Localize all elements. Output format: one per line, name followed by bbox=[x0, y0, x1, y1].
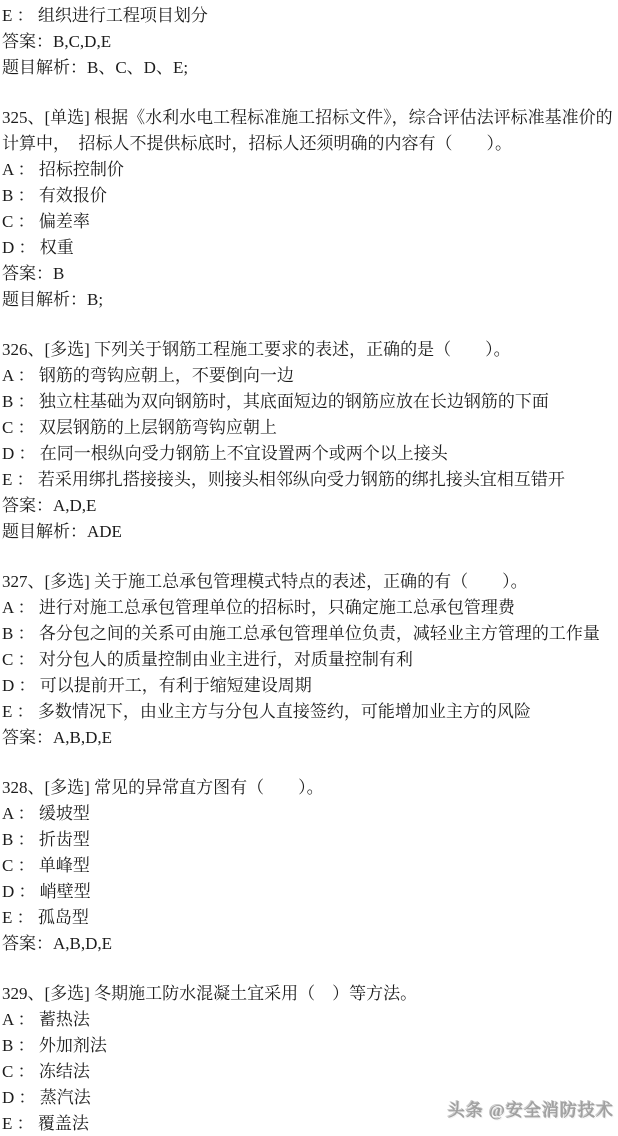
option-row: A ： 蓄热法 bbox=[2, 1007, 616, 1033]
option-separator: ： bbox=[13, 856, 39, 875]
option-separator: ： bbox=[12, 908, 38, 927]
option-separator: ： bbox=[14, 676, 40, 695]
question-stem: 327、[多选] 关于施工总承包管理模式特点的表述，正确的有（ ）。 bbox=[2, 569, 616, 595]
option-row: D ： 可以提前开工，有利于缩短建设周期 bbox=[2, 673, 616, 699]
option-row: C ： 双层钢筋的上层钢筋弯钩应朝上 bbox=[2, 415, 616, 441]
question-type-tag: [多选] bbox=[45, 984, 90, 1003]
option-text: 冻结法 bbox=[39, 1062, 90, 1081]
question-block-327: 327、[多选] 关于施工总承包管理模式特点的表述，正确的有（ ）。 A ： 进… bbox=[2, 569, 616, 751]
option-text: 折齿型 bbox=[39, 830, 90, 849]
option-separator: ： bbox=[13, 1062, 39, 1081]
question-type-tag: [多选] bbox=[45, 340, 90, 359]
option-separator: ： bbox=[13, 1036, 39, 1055]
option-separator: ： bbox=[12, 470, 38, 489]
option-text: 单峰型 bbox=[39, 856, 90, 875]
option-separator: ： bbox=[13, 160, 39, 179]
option-row: B ： 各分包之间的关系可由施工总承包管理单位负责，减轻业主方管理的工作量 bbox=[2, 621, 616, 647]
analysis-label: 题目解析： bbox=[2, 522, 87, 541]
answer-row: 答案：A,D,E bbox=[2, 493, 616, 519]
option-letter: D bbox=[2, 882, 14, 901]
option-letter: D bbox=[2, 676, 14, 695]
option-text: 在同一根纵向受力钢筋上不宜设置两个或两个以上接头 bbox=[40, 444, 448, 463]
answer-value: A,B,D,E bbox=[53, 934, 112, 953]
answer-row: 答案：A,B,D,E bbox=[2, 725, 616, 751]
option-separator: ： bbox=[14, 1088, 40, 1107]
analysis-row: 题目解析：B、C、D、E; bbox=[2, 55, 616, 81]
answer-row: 答案：B,C,D,E bbox=[2, 29, 616, 55]
question-block-326: 326、[多选] 下列关于钢筋工程施工要求的表述，正确的是（ ）。 A ： 钢筋… bbox=[2, 337, 616, 545]
option-letter: C bbox=[2, 650, 13, 669]
option-row: C ： 偏差率 bbox=[2, 209, 616, 235]
option-separator: ： bbox=[12, 6, 38, 25]
option-letter: C bbox=[2, 212, 13, 231]
question-number: 326、 bbox=[2, 340, 45, 359]
option-separator: ： bbox=[12, 1114, 38, 1133]
option-text: 若采用绑扎搭接接头，则接头相邻纵向受力钢筋的绑扎接头宜相互错开 bbox=[38, 470, 565, 489]
option-row: D ： 权重 bbox=[2, 235, 616, 261]
option-text: 缓坡型 bbox=[39, 804, 90, 823]
previous-question-tail: E ： 组织进行工程项目划分 答案：B,C,D,E 题目解析：B、C、D、E; bbox=[2, 3, 616, 81]
option-letter: A bbox=[2, 1010, 13, 1029]
option-row: A ： 招标控制价 bbox=[2, 157, 616, 183]
option-separator: ： bbox=[14, 444, 40, 463]
option-text: 招标控制价 bbox=[39, 160, 124, 179]
option-text: 权重 bbox=[40, 238, 74, 257]
option-separator: ： bbox=[14, 882, 40, 901]
question-stem: 326、[多选] 下列关于钢筋工程施工要求的表述，正确的是（ ）。 bbox=[2, 337, 616, 363]
question-number: 327、 bbox=[2, 572, 45, 591]
question-stem: 328、[多选] 常见的异常直方图有（ ）。 bbox=[2, 775, 616, 801]
option-separator: ： bbox=[13, 830, 39, 849]
answer-value: B bbox=[53, 264, 64, 283]
answer-value: A,B,D,E bbox=[53, 728, 112, 747]
option-row: A ： 钢筋的弯钩应朝上，不要倒向一边 bbox=[2, 363, 616, 389]
question-number: 328、 bbox=[2, 778, 45, 797]
option-letter: B bbox=[2, 830, 13, 849]
question-text: 常见的异常直方图有（ ）。 bbox=[90, 778, 324, 797]
answer-row: 答案：B bbox=[2, 261, 616, 287]
option-letter: E bbox=[2, 702, 12, 721]
question-stem: 329、[多选] 冬期施工防水混凝土宜采用（ ）等方法。 bbox=[2, 981, 616, 1007]
option-row: B ： 有效报价 bbox=[2, 183, 616, 209]
option-row: E ： 孤岛型 bbox=[2, 905, 616, 931]
question-text: 关于施工总承包管理模式特点的表述，正确的有（ ）。 bbox=[90, 572, 528, 591]
analysis-row: 题目解析：ADE bbox=[2, 519, 616, 545]
question-type-tag: [单选] bbox=[45, 108, 90, 127]
option-row: B ： 外加剂法 bbox=[2, 1033, 616, 1059]
option-letter: B bbox=[2, 624, 13, 643]
option-text: 蒸汽法 bbox=[40, 1088, 91, 1107]
option-separator: ： bbox=[14, 238, 40, 257]
question-text: 下列关于钢筋工程施工要求的表述，正确的是（ ）。 bbox=[90, 340, 511, 359]
option-text: 覆盖法 bbox=[38, 1114, 89, 1133]
question-number: 329、 bbox=[2, 984, 45, 1003]
option-separator: ： bbox=[13, 212, 39, 231]
option-text: 可以提前开工，有利于缩短建设周期 bbox=[40, 676, 312, 695]
option-row: B ： 折齿型 bbox=[2, 827, 616, 853]
option-row: C ： 对分包人的质量控制由业主进行，对质量控制有利 bbox=[2, 647, 616, 673]
option-text: 外加剂法 bbox=[39, 1036, 107, 1055]
answer-value: B,C,D,E bbox=[53, 32, 111, 51]
option-letter: B bbox=[2, 186, 13, 205]
option-text: 蓄热法 bbox=[39, 1010, 90, 1029]
toutiao-watermark: 头条 @安全消防技术 bbox=[448, 1096, 614, 1121]
option-row: D ： 在同一根纵向受力钢筋上不宜设置两个或两个以上接头 bbox=[2, 441, 616, 467]
option-row: E ： 组织进行工程项目划分 bbox=[2, 3, 616, 29]
answer-row: 答案：A,B,D,E bbox=[2, 931, 616, 957]
option-letter: D bbox=[2, 1088, 14, 1107]
option-text: 孤岛型 bbox=[38, 908, 89, 927]
answer-label: 答案： bbox=[2, 32, 53, 51]
option-letter: B bbox=[2, 1036, 13, 1055]
option-letter: A bbox=[2, 598, 13, 617]
option-text: 钢筋的弯钩应朝上，不要倒向一边 bbox=[39, 366, 294, 385]
option-separator: ： bbox=[13, 624, 39, 643]
option-letter: C bbox=[2, 418, 13, 437]
option-row: E ： 多数情况下，由业主方与分包人直接签约，可能增加业主方的风险 bbox=[2, 699, 616, 725]
option-letter: B bbox=[2, 392, 13, 411]
option-separator: ： bbox=[13, 418, 39, 437]
option-letter: C bbox=[2, 1062, 13, 1081]
option-text: 各分包之间的关系可由施工总承包管理单位负责，减轻业主方管理的工作量 bbox=[39, 624, 600, 643]
option-text: 对分包人的质量控制由业主进行，对质量控制有利 bbox=[39, 650, 413, 669]
option-letter: D bbox=[2, 238, 14, 257]
option-letter: E bbox=[2, 6, 12, 25]
option-text: 进行对施工总承包管理单位的招标时，只确定施工总承包管理费 bbox=[39, 598, 515, 617]
option-row: C ： 冻结法 bbox=[2, 1059, 616, 1085]
analysis-label: 题目解析： bbox=[2, 58, 87, 77]
option-letter: E bbox=[2, 908, 12, 927]
option-text: 独立柱基础为双向钢筋时，其底面短边的钢筋应放在长边钢筋的下面 bbox=[39, 392, 549, 411]
option-row: D ： 峭壁型 bbox=[2, 879, 616, 905]
option-row: B ： 独立柱基础为双向钢筋时，其底面短边的钢筋应放在长边钢筋的下面 bbox=[2, 389, 616, 415]
option-letter: E bbox=[2, 470, 12, 489]
option-text: 有效报价 bbox=[39, 186, 107, 205]
option-letter: E bbox=[2, 1114, 12, 1133]
option-separator: ： bbox=[13, 392, 39, 411]
analysis-value: B; bbox=[87, 290, 103, 309]
question-type-tag: [多选] bbox=[45, 572, 90, 591]
option-text: 偏差率 bbox=[39, 212, 90, 231]
option-text: 多数情况下，由业主方与分包人直接签约，可能增加业主方的风险 bbox=[38, 702, 531, 721]
question-text: 冬期施工防水混凝土宜采用（ ）等方法。 bbox=[90, 984, 417, 1003]
option-letter: A bbox=[2, 804, 13, 823]
option-row: C ： 单峰型 bbox=[2, 853, 616, 879]
option-text: 峭壁型 bbox=[40, 882, 91, 901]
option-row: E ： 若采用绑扎搭接接头，则接头相邻纵向受力钢筋的绑扎接头宜相互错开 bbox=[2, 467, 616, 493]
option-separator: ： bbox=[13, 366, 39, 385]
option-separator: ： bbox=[13, 1010, 39, 1029]
answer-label: 答案： bbox=[2, 264, 53, 283]
question-stem: 325、[单选] 根据《水利水电工程标准施工招标文件》，综合评估法评标准基准价的… bbox=[2, 105, 616, 157]
exam-document: E ： 组织进行工程项目划分 答案：B,C,D,E 题目解析：B、C、D、E; … bbox=[0, 0, 618, 1136]
question-text: 根据《水利水电工程标准施工招标文件》，综合评估法评标准基准价的计算中， 招标人不… bbox=[2, 108, 613, 153]
option-separator: ： bbox=[13, 804, 39, 823]
option-text: 双层钢筋的上层钢筋弯钩应朝上 bbox=[39, 418, 277, 437]
option-row: A ： 缓坡型 bbox=[2, 801, 616, 827]
option-letter: D bbox=[2, 444, 14, 463]
question-block-325: 325、[单选] 根据《水利水电工程标准施工招标文件》，综合评估法评标准基准价的… bbox=[2, 105, 616, 313]
option-row: A ： 进行对施工总承包管理单位的招标时，只确定施工总承包管理费 bbox=[2, 595, 616, 621]
answer-label: 答案： bbox=[2, 934, 53, 953]
option-letter: A bbox=[2, 160, 13, 179]
option-separator: ： bbox=[13, 598, 39, 617]
answer-label: 答案： bbox=[2, 496, 53, 515]
option-letter: C bbox=[2, 856, 13, 875]
option-text: 组织进行工程项目划分 bbox=[38, 6, 208, 25]
analysis-value: ADE bbox=[87, 522, 122, 541]
analysis-value: B、C、D、E; bbox=[87, 58, 188, 77]
option-separator: ： bbox=[12, 702, 38, 721]
question-number: 325、 bbox=[2, 108, 45, 127]
answer-value: A,D,E bbox=[53, 496, 96, 515]
answer-label: 答案： bbox=[2, 728, 53, 747]
question-block-328: 328、[多选] 常见的异常直方图有（ ）。 A ： 缓坡型 B ： 折齿型 C… bbox=[2, 775, 616, 957]
analysis-label: 题目解析： bbox=[2, 290, 87, 309]
analysis-row: 题目解析：B; bbox=[2, 287, 616, 313]
question-type-tag: [多选] bbox=[45, 778, 90, 797]
option-separator: ： bbox=[13, 186, 39, 205]
option-separator: ： bbox=[13, 650, 39, 669]
option-letter: A bbox=[2, 366, 13, 385]
